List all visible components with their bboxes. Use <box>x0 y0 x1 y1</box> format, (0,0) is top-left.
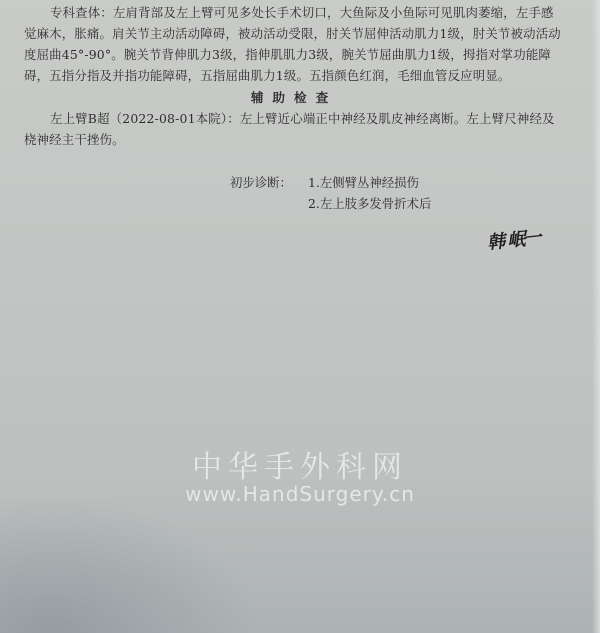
watermark-site-name: 中华手外科网 <box>0 442 600 486</box>
physical-exam-paragraph: 专科查体：左肩背部及左上臂可见多处长手术切口，大鱼际及小鱼际可见肌肉萎缩，左手感… <box>24 2 564 86</box>
paper-edge <box>592 0 600 633</box>
aux-exam-heading: 辅助检查 <box>24 87 564 108</box>
diagnosis-item: 2.左上肢多发骨折术后 <box>308 193 431 214</box>
watermark-url: www.HandSurgery.cn <box>0 482 600 506</box>
doctor-signature: 韩 岷一 <box>486 223 541 254</box>
diagnosis-label: 初步诊断： <box>230 172 308 193</box>
aux-exam-paragraph: 左上臂B超（2022-08-01本院）：左上臂近心端正中神经及肌皮神经离断。左上… <box>24 108 564 150</box>
diagnosis-item: 1.左侧臂丛神经损伤 <box>308 172 419 193</box>
document-body: 专科查体：左肩背部及左上臂可见多处长手术切口，大鱼际及小鱼际可见肌肉萎缩，左手感… <box>24 2 564 150</box>
diagnosis-block: 初步诊断： 1.左侧臂丛神经损伤 2.左上肢多发骨折术后 <box>230 172 431 214</box>
shadow <box>0 493 260 633</box>
